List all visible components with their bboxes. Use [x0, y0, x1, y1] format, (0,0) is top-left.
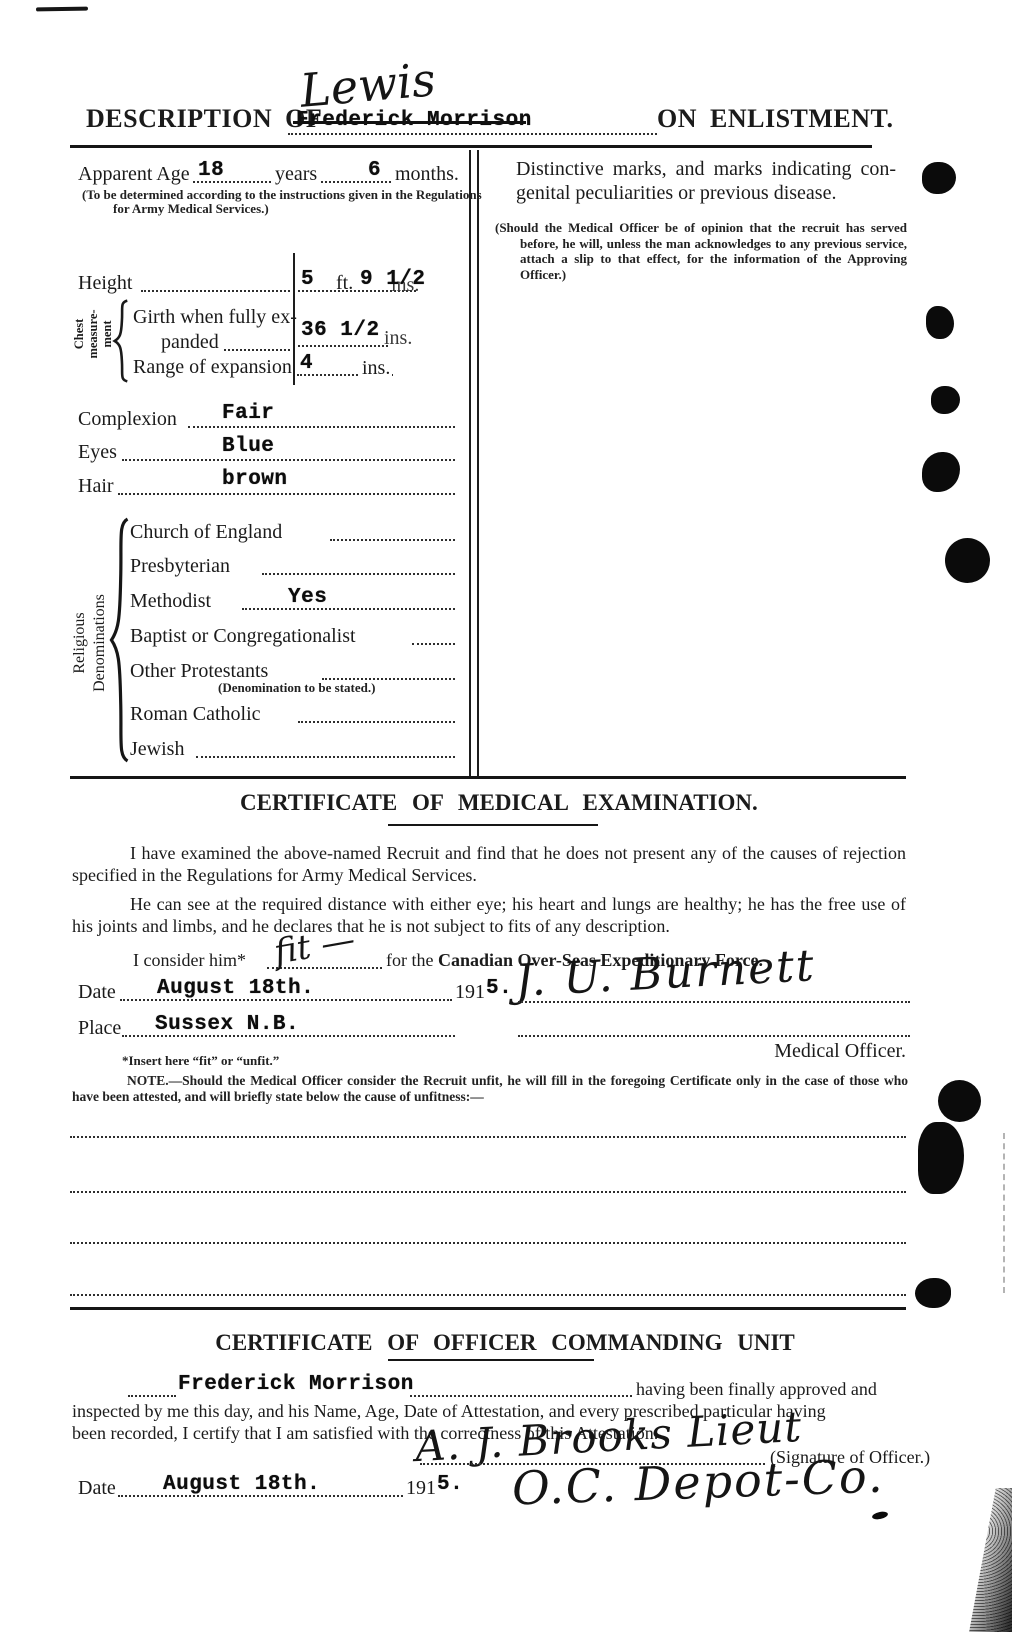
place-label: Place — [78, 1017, 121, 1039]
denomination-other-protestants: Other Protestants — [130, 660, 268, 682]
other-protestants-note: (Denomination to be stated.) — [218, 680, 375, 695]
ink-speck — [871, 1510, 888, 1520]
dotted-line — [298, 721, 455, 723]
eyes-value: Blue — [222, 435, 274, 458]
dotted-line — [196, 756, 455, 758]
medical-paragraph-1: I have examined the above-named Recruit … — [72, 842, 906, 886]
range-label: Range of expansion — [133, 356, 292, 378]
curly-brace-chest — [112, 299, 130, 383]
chest-label-line1: Chest — [72, 319, 86, 350]
attestation-form-scan: Lewis DESCRIPTION OF Frederick Morrison … — [0, 0, 1012, 1632]
medical-officer-label: Medical Officer. — [700, 1040, 906, 1062]
dotted-line — [188, 426, 455, 428]
dotted-line — [122, 459, 455, 461]
height-feet-value: 5 — [301, 268, 314, 291]
denomination-jewish: Jewish — [130, 738, 184, 760]
dotted-line — [141, 290, 290, 292]
heading-underline — [388, 1359, 594, 1361]
religion-label-line1: Religious — [71, 612, 88, 673]
blank-line-2 — [70, 1191, 906, 1193]
methodist-value: Yes — [288, 586, 327, 609]
strikethrough-mark — [293, 121, 526, 124]
hair-value: brown — [222, 468, 288, 491]
officer-date-label: Date — [78, 1477, 116, 1499]
dotted-line — [412, 643, 455, 645]
title-description-of: DESCRIPTION OF — [86, 104, 322, 134]
range-value: 4 — [300, 352, 313, 375]
section-rule — [70, 1307, 906, 1310]
scan-corner-shadow — [954, 1488, 1012, 1632]
consider-label: I consider him* — [133, 949, 246, 971]
denomination-baptist: Baptist or Congregationalist — [130, 625, 356, 647]
dotted-line — [410, 1395, 632, 1397]
officer-certificate-heading: CERTIFICATE OF OFFICER COMMANDING UNIT — [215, 1330, 795, 1356]
medical-date-value: August 18th. — [157, 977, 314, 1000]
distinctive-marks-heading-line1: Distinctive marks, and marks indicating … — [516, 157, 896, 182]
girth-unit-label: ins. — [384, 327, 412, 349]
height-inches-value: 9 1/2 — [360, 268, 426, 291]
religious-denominations-side-label: Religious Denominations — [70, 518, 110, 768]
age-note-line2: for Army Medical Services.) — [113, 201, 269, 216]
curly-brace-religion — [108, 514, 131, 766]
girth-value: 36 1/2 — [301, 319, 380, 342]
title-on-enlistment: ON ENLISTMENT. — [657, 104, 893, 134]
ink-blot — [922, 452, 960, 492]
dotted-line — [118, 493, 455, 495]
years-label: years — [272, 163, 320, 185]
section-rule — [70, 776, 906, 779]
ink-blot — [931, 386, 960, 414]
dotted-line-name — [288, 133, 657, 135]
officer-date-value: August 18th. — [163, 1473, 320, 1496]
hair-label: Hair — [78, 475, 114, 497]
age-months-value: 6 — [368, 159, 381, 182]
dotted-line — [242, 608, 455, 610]
column-divider — [469, 150, 479, 778]
denomination-methodist: Methodist — [130, 590, 211, 612]
unit-designation-handwritten: O.C. Depot-Co. — [511, 1449, 885, 1516]
denomination-church-of-england: Church of England — [130, 521, 282, 543]
medical-certificate-heading: CERTIFICATE OF MEDICAL EXAMINATION. — [240, 790, 740, 816]
ink-blot — [945, 538, 990, 583]
dotted-line-signature — [518, 1001, 910, 1003]
distinctive-marks-note: (Should the Medical Officer be of opinio… — [495, 220, 907, 282]
fitness-footnote: *Insert here “fit” or “unfit.” — [122, 1053, 279, 1068]
officer-typed-name: Frederick Morrison — [178, 1373, 414, 1396]
ink-blot — [938, 1080, 981, 1122]
blank-line-1 — [70, 1136, 906, 1138]
religion-label-line2: Denominations — [91, 594, 108, 692]
denomination-roman-catholic: Roman Catholic — [130, 703, 261, 725]
page-edge-mark — [1003, 1133, 1005, 1293]
complexion-value: Fair — [222, 402, 274, 425]
dotted-line — [330, 539, 455, 541]
apparent-age-label: Apparent Age — [78, 163, 190, 185]
blank-line-4 — [70, 1294, 906, 1296]
ink-blot — [918, 1122, 964, 1194]
feet-label: ft. — [336, 272, 353, 294]
scan-mark-top-left — [36, 7, 88, 12]
months-label: months. — [392, 163, 462, 185]
medical-year-printed: 191 — [453, 981, 485, 1003]
chest-measurement-side-label: Chest measure- ment — [72, 286, 114, 382]
dotted-line — [128, 1395, 176, 1397]
blank-line-3 — [70, 1242, 906, 1244]
ink-blot — [926, 306, 954, 339]
chest-label-line2: measure- — [86, 309, 100, 358]
dotted-line — [262, 573, 455, 575]
dotted-line — [298, 345, 388, 347]
officer-line1-text: having been finally approved and — [636, 1378, 877, 1400]
girth-label-line2: panded — [161, 331, 219, 353]
officer-year-printed: 191 — [404, 1477, 436, 1499]
denomination-presbyterian: Presbyterian — [130, 555, 230, 577]
eyes-label: Eyes — [78, 441, 117, 463]
distinctive-marks-heading-line2: genital peculiarities or previous diseas… — [516, 182, 836, 205]
consider-rest-plain: for the — [386, 950, 438, 970]
range-unit-label: ins. — [360, 357, 392, 379]
header-rule — [70, 145, 872, 148]
dotted-line — [224, 349, 290, 351]
ink-blot — [915, 1278, 951, 1308]
girth-label-line1: Girth when fully ex- — [133, 306, 297, 328]
medical-year-typed: 5. — [486, 977, 512, 1000]
ink-blot — [922, 162, 956, 194]
age-years-value: 18 — [198, 159, 224, 182]
medical-paragraph-2: He can see at the required distance with… — [72, 893, 906, 937]
heading-underline — [388, 824, 598, 826]
complexion-label: Complexion — [78, 408, 177, 430]
age-note-line1: (To be determined according to the instr… — [82, 187, 482, 202]
officer-year-typed: 5. — [437, 1473, 463, 1496]
medical-date-label: Date — [78, 981, 116, 1003]
dotted-line — [518, 1035, 910, 1037]
unfitness-note: NOTE.—Should the Medical Officer conside… — [72, 1073, 908, 1105]
place-value: Sussex N.B. — [155, 1013, 299, 1036]
